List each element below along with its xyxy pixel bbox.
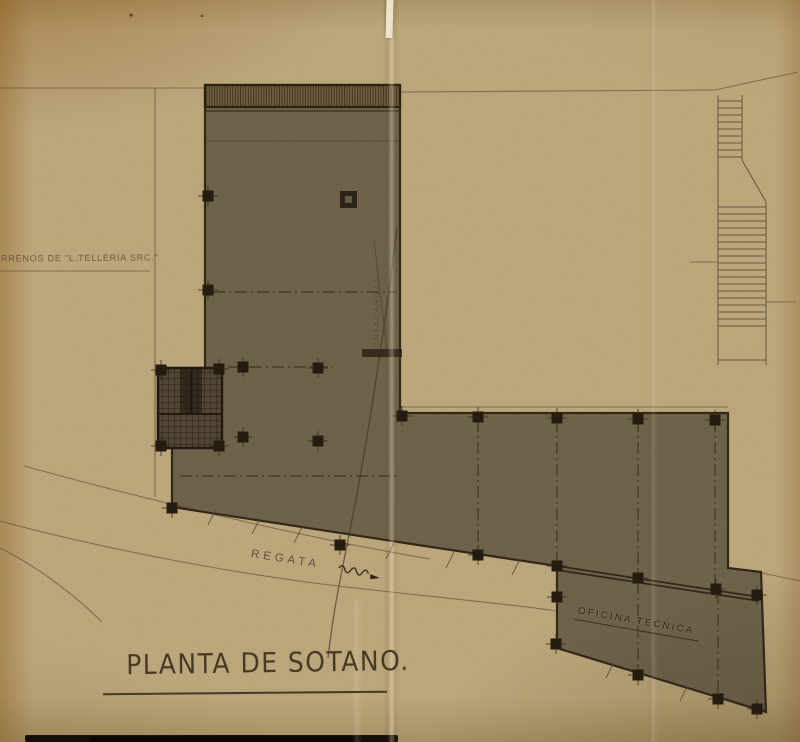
plan-drawing	[0, 0, 800, 742]
torn-fold-sliver	[385, 0, 393, 38]
scanned-blueprint-page: RRENOS DE "L.TELLERIA SRC." REGATA OFICI…	[0, 0, 800, 742]
paper-grain	[0, 0, 800, 742]
